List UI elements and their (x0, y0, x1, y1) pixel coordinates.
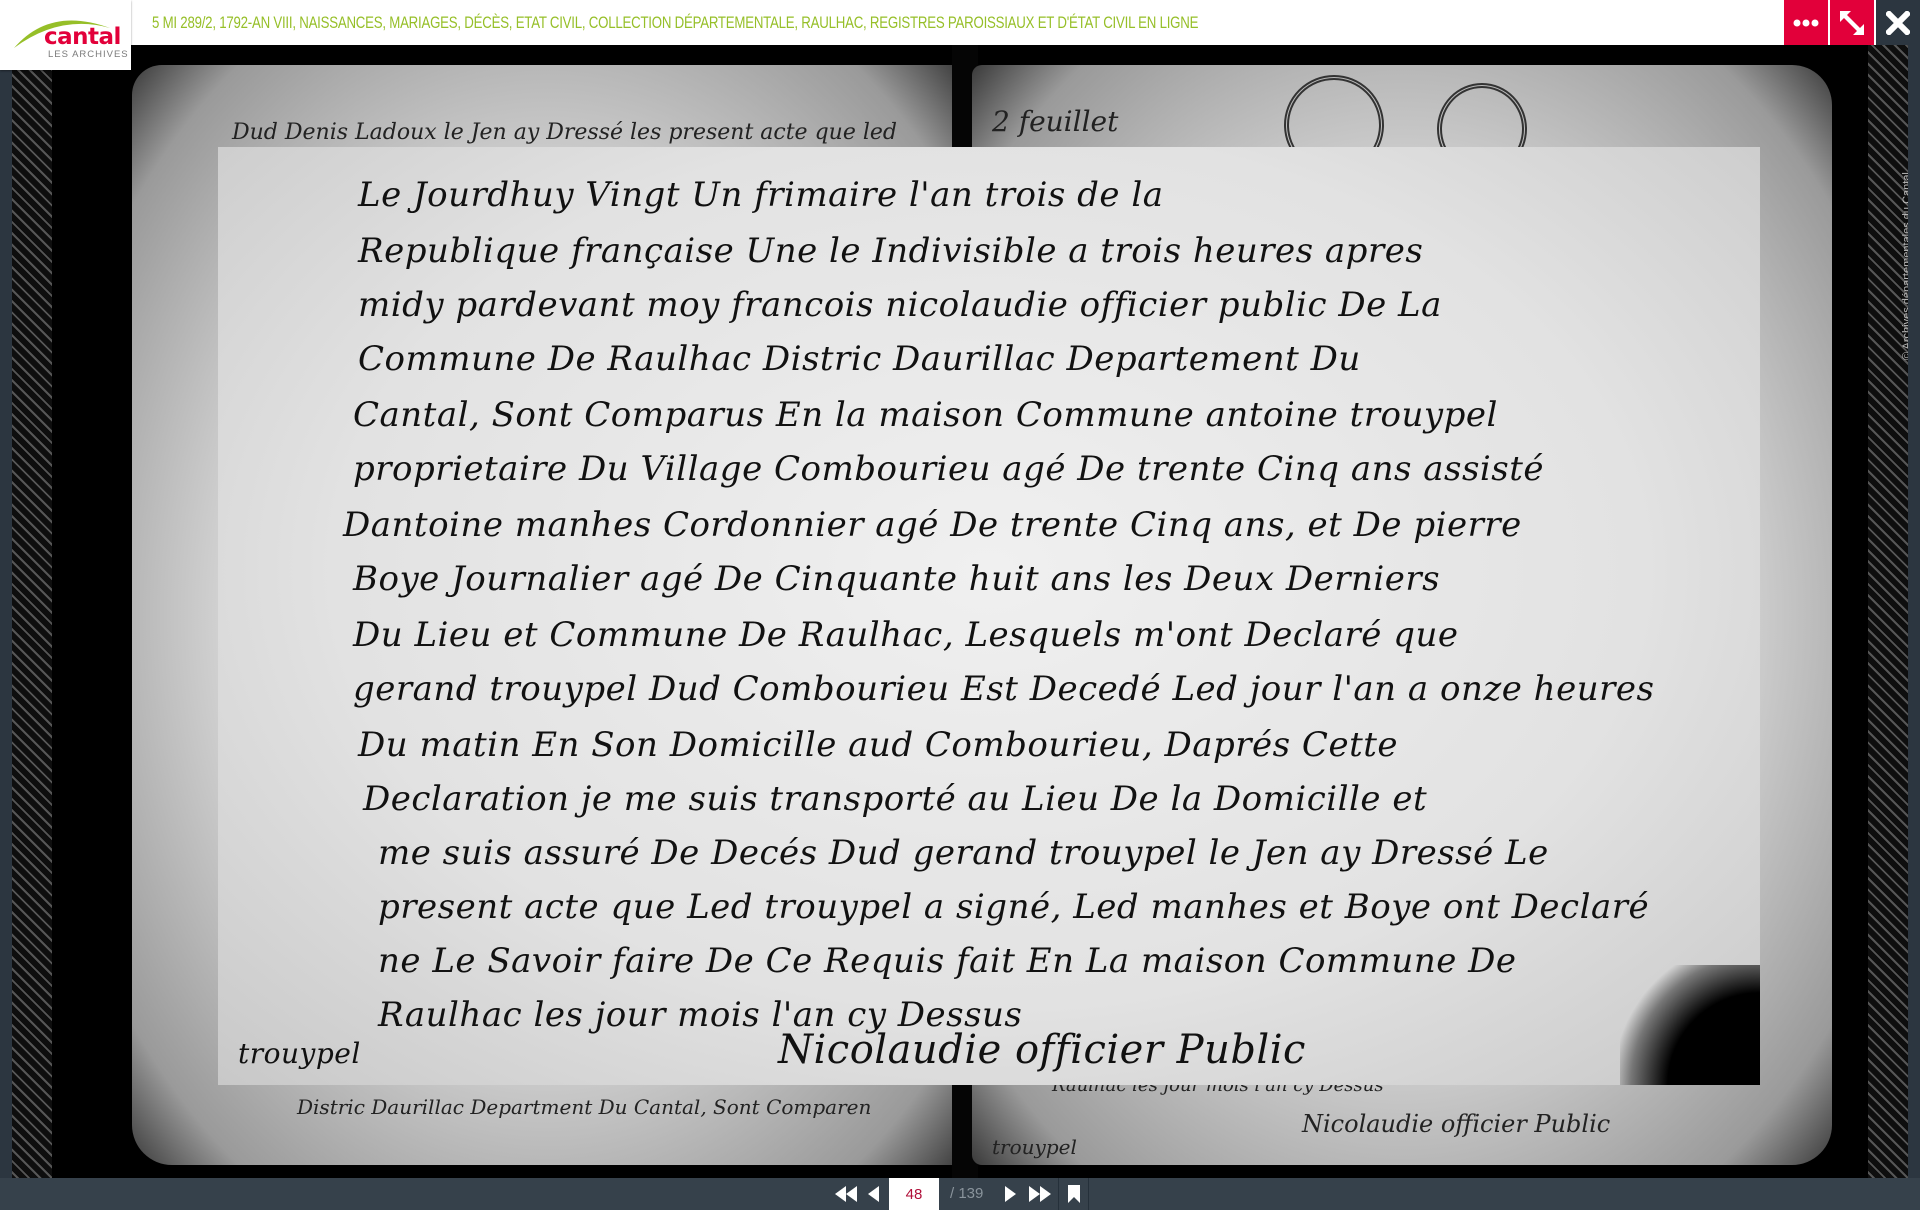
right-page-bottom-name: trouypel (992, 1135, 1077, 1159)
logo-subtitle: LES ARCHIVES (48, 50, 129, 60)
logo-brand: cantal (44, 26, 121, 49)
next-page-button[interactable] (1000, 1178, 1022, 1210)
inset-line: present acte que Led trouypel a signé, L… (378, 887, 1649, 927)
pager-divider (1058, 1178, 1059, 1210)
right-page-bottom-signature: Nicolaudie officier Public (1302, 1110, 1610, 1138)
inset-line: ne Le Savoir faire De Ce Requis fait En … (378, 941, 1517, 981)
inset-line: midy pardevant moy francois nicolaudie o… (358, 285, 1442, 325)
bookmark-button[interactable] (1062, 1178, 1086, 1210)
double-chevron-right-icon (1028, 1185, 1052, 1203)
double-chevron-left-icon (834, 1185, 858, 1203)
left-page-bottom-text: Distric Daurillac Department Du Cantal, … (297, 1095, 871, 1119)
first-page-button[interactable] (832, 1178, 860, 1210)
pagination-bar: / 139 (0, 1178, 1920, 1210)
bookmark-icon (1067, 1184, 1081, 1204)
binding-fabric-left (12, 45, 52, 1178)
inset-line: Cantal, Sont Comparus En la maison Commu… (353, 395, 1498, 435)
chevron-left-icon (866, 1185, 880, 1203)
inset-line: proprietaire Du Village Combourieu agé D… (353, 449, 1544, 489)
inset-line: Boye Journalier agé De Cinquante huit an… (353, 559, 1440, 599)
close-icon (1886, 11, 1910, 35)
top-bar: 5 MI 289/2, 1792-AN VIII, NAISSANCES, MA… (0, 0, 1920, 45)
inset-name: trouypel (238, 1037, 361, 1070)
left-page-heading: Dud Denis Ladoux le Jen ay Dressé les pr… (232, 120, 897, 145)
inset-signature: Nicolaudie officier Public (778, 1027, 1306, 1073)
previous-page-button[interactable] (863, 1178, 883, 1210)
more-dots-icon (1793, 19, 1819, 27)
inset-line: Declaration je me suis transporté au Lie… (363, 779, 1427, 819)
last-page-button[interactable] (1026, 1178, 1054, 1210)
cantal-archives-logo[interactable]: cantal LES ARCHIVES (0, 0, 131, 70)
more-options-button[interactable] (1784, 0, 1828, 45)
inset-line: Du matin En Son Domicille aud Combourieu… (358, 725, 1398, 765)
copyright-notice: © Archives départementales du Cantal (1901, 172, 1908, 360)
chevron-right-icon (1004, 1185, 1018, 1203)
inset-page-corner (1620, 965, 1760, 1085)
expand-arrows-icon (1838, 9, 1866, 37)
document-title: 5 MI 289/2, 1792-AN VIII, NAISSANCES, MA… (152, 12, 1198, 34)
right-page-heading: 2 feuillet (992, 105, 1118, 138)
inset-line: Republique française Une le Indivisible … (358, 231, 1423, 271)
viewer-right-strip (1908, 45, 1920, 1178)
inset-line: Commune De Raulhac Distric Daurillac Dep… (358, 339, 1361, 379)
close-button[interactable] (1876, 0, 1920, 45)
magnified-inset[interactable]: Le Jourdhuy Vingt Un frimaire l'an trois… (218, 147, 1760, 1085)
inset-line: Du Lieu et Commune De Raulhac, Lesquels … (353, 615, 1458, 655)
inset-line: Dantoine manhes Cordonnier agé De trente… (343, 505, 1522, 545)
page-number-input[interactable] (889, 1178, 939, 1210)
pager-divider (1088, 1178, 1089, 1210)
inset-line: gerand trouypel Dud Combourieu Est Deced… (353, 669, 1654, 709)
inset-line: Le Jourdhuy Vingt Un frimaire l'an trois… (358, 175, 1163, 215)
fullscreen-button[interactable] (1830, 0, 1874, 45)
document-image-viewer[interactable]: Dud Denis Ladoux le Jen ay Dressé les pr… (12, 45, 1908, 1178)
inset-line: me suis assuré De Decés Dud gerand trouy… (378, 833, 1549, 873)
page-total: / 139 (950, 1185, 983, 1202)
